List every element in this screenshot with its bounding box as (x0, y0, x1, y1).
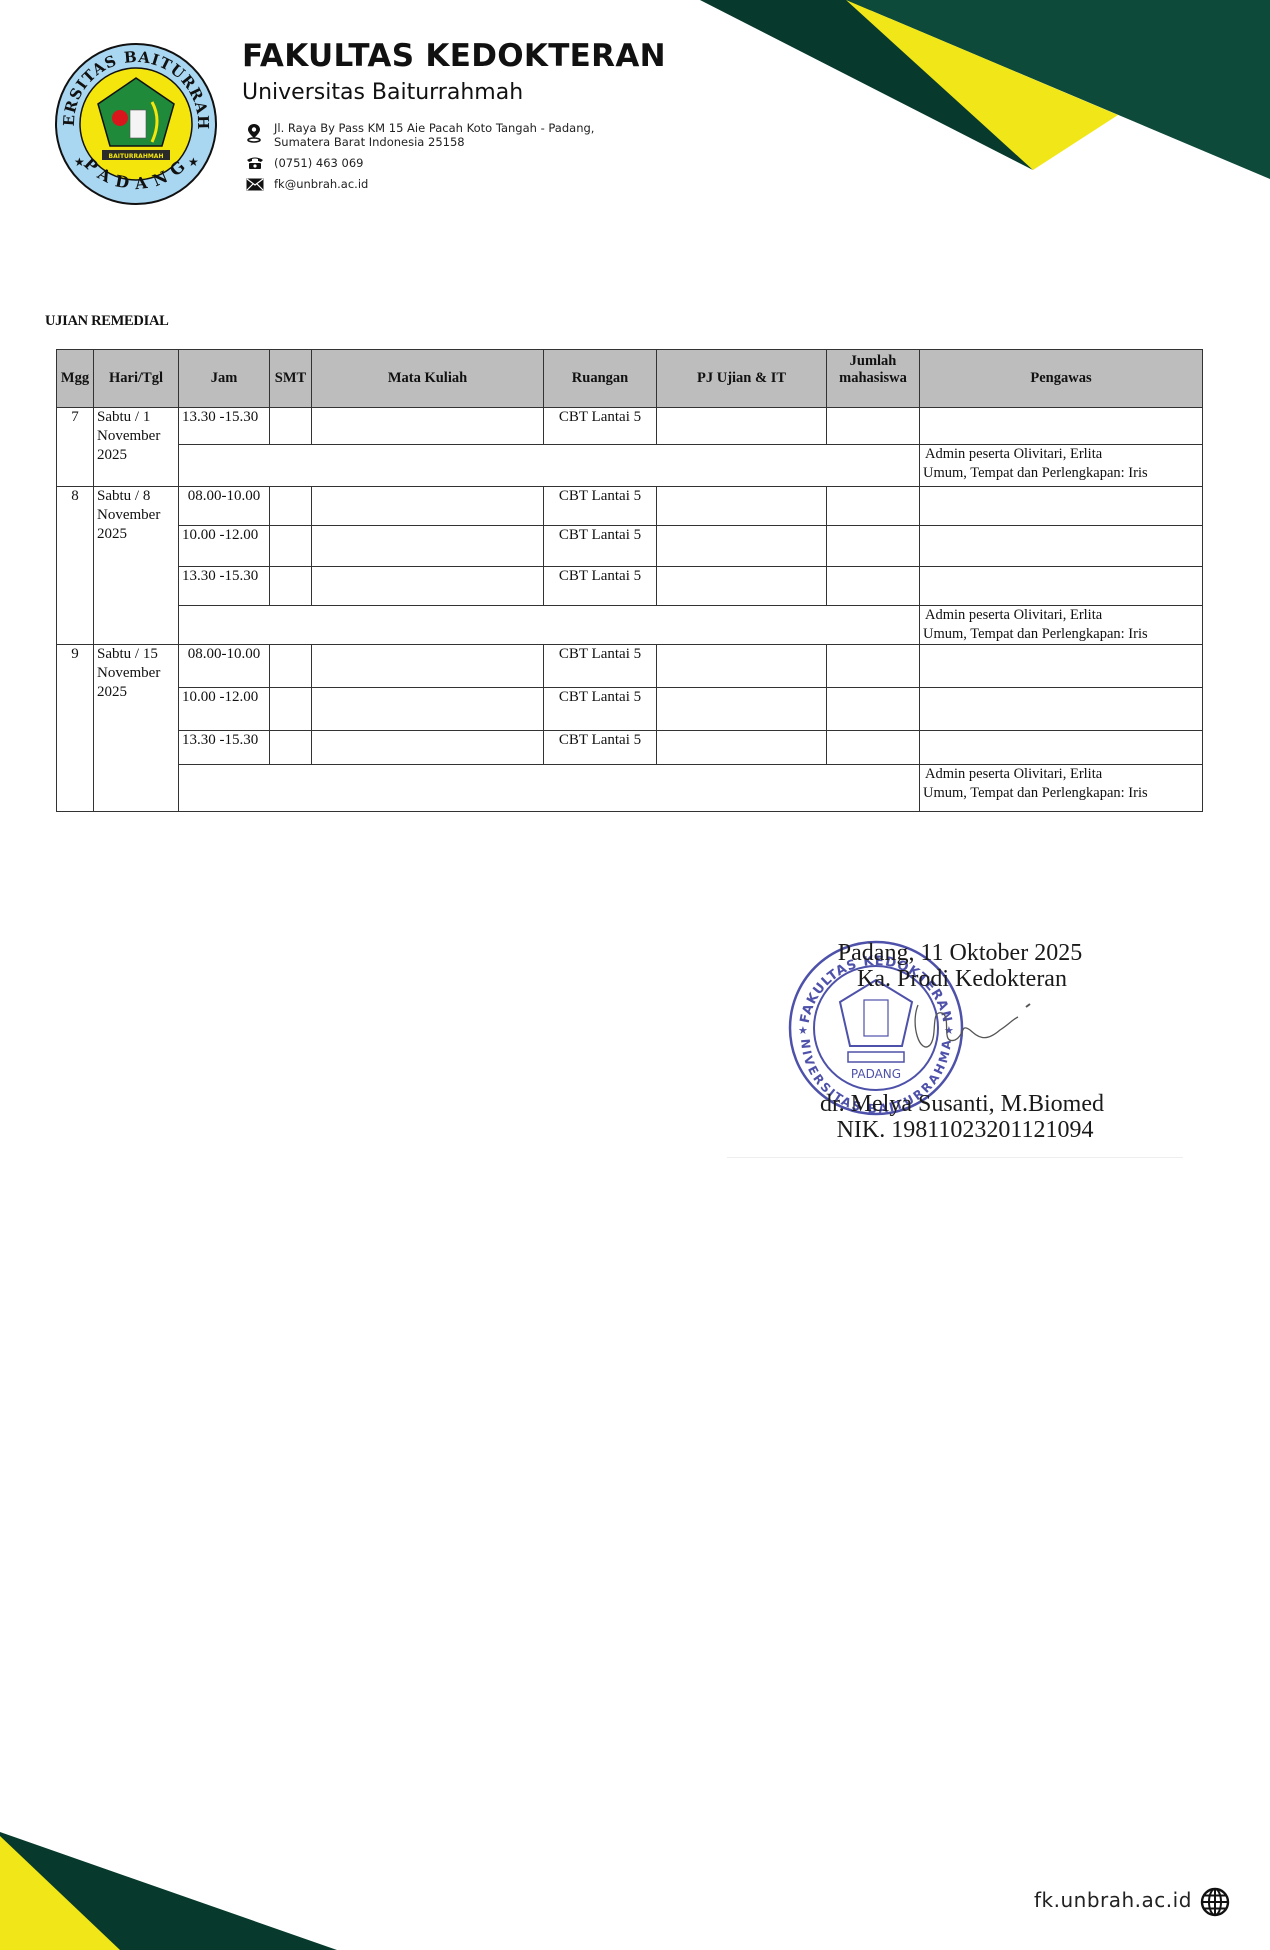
course-cell (312, 487, 544, 526)
signature-position: Ka. Prodi Kedokteran (782, 966, 1142, 993)
pj-cell (657, 487, 827, 526)
date-cell: Sabtu / 15 November 2025 (94, 645, 179, 812)
room-cell: CBT Lantai 5 (544, 688, 657, 731)
telephone-icon (246, 156, 264, 170)
semester-cell (270, 408, 312, 445)
time-cell: 08.00-10.00 (179, 645, 270, 688)
semester-cell (270, 526, 312, 567)
supervisor-cell (920, 645, 1203, 688)
address-line-2: Sumatera Barat Indonesia 25158 (274, 135, 465, 149)
signatory-name: dr. Melya Susanti, M.Biomed (782, 1091, 1142, 1118)
column-header-pengawas: Pengawas (920, 350, 1203, 408)
time-cell: 13.30 -15.30 (179, 731, 270, 765)
student-count-cell (827, 645, 920, 688)
column-header-jam: Jam (179, 350, 270, 408)
semester-cell (270, 567, 312, 606)
column-header-smt: SMT (270, 350, 312, 408)
svg-text:★: ★ (188, 155, 199, 169)
column-header-mata-kuliah: Mata Kuliah (312, 350, 544, 408)
supervisor-summary: Admin peserta Olivitari, Erlita Umum, Te… (920, 445, 1203, 487)
spacer-cell (179, 606, 920, 645)
remedial-schedule-table: Mgg Hari/Tgl Jam SMT Mata Kuliah Ruangan… (56, 349, 1203, 812)
signature-divider (727, 1157, 1183, 1158)
week-number: 8 (57, 487, 94, 645)
course-cell (312, 645, 544, 688)
column-header-hari-tgl: Hari/Tgl (94, 350, 179, 408)
date-cell: Sabtu / 8 November 2025 (94, 487, 179, 645)
column-header-ruangan: Ruangan (544, 350, 657, 408)
course-cell (312, 408, 544, 445)
table-row: Admin peserta Olivitari, Erlita Umum, Te… (57, 765, 1203, 812)
spacer-cell (179, 445, 920, 487)
week-number: 7 (57, 408, 94, 487)
location-pin-icon (246, 123, 262, 143)
svg-text:PADANG: PADANG (851, 1067, 901, 1081)
signature-place-date: Padang, 11 Oktober 2025 (780, 940, 1140, 967)
supervisor-cell (920, 487, 1203, 526)
supervisor-cell (920, 688, 1203, 731)
spacer-cell (179, 765, 920, 812)
signatory-nik: NIK. 19811023201121094 (785, 1117, 1145, 1144)
student-count-cell (827, 487, 920, 526)
time-cell: 10.00 -12.00 (179, 688, 270, 731)
student-count-cell (827, 731, 920, 765)
time-cell: 10.00 -12.00 (179, 526, 270, 567)
table-row: 8 Sabtu / 8 November 2025 08.00-10.00 CB… (57, 487, 1203, 526)
room-cell: CBT Lantai 5 (544, 731, 657, 765)
column-header-pj-ujian: PJ Ujian & IT (657, 350, 827, 408)
room-cell: CBT Lantai 5 (544, 567, 657, 606)
svg-text:★: ★ (798, 1025, 808, 1037)
semester-cell (270, 487, 312, 526)
table-row: 9 Sabtu / 15 November 2025 08.00-10.00 C… (57, 645, 1203, 688)
course-cell (312, 731, 544, 765)
document-title: UJIAN REMEDIAL (45, 313, 169, 330)
column-header-jumlah-mahasiswa: Jumlah mahasiswa (827, 350, 920, 408)
student-count-cell (827, 567, 920, 606)
university-name: Universitas Baiturrahmah (242, 80, 523, 105)
time-cell: 08.00-10.00 (179, 487, 270, 526)
supervisor-cell (920, 731, 1203, 765)
semester-cell (270, 731, 312, 765)
table-header-row: Mgg Hari/Tgl Jam SMT Mata Kuliah Ruangan… (57, 350, 1203, 408)
svg-text:BAITURRAHMAH: BAITURRAHMAH (109, 153, 164, 160)
table-row: 7 Sabtu / 1 November 2025 13.30 -15.30 C… (57, 408, 1203, 445)
semester-cell (270, 688, 312, 731)
week-number: 9 (57, 645, 94, 812)
pj-cell (657, 526, 827, 567)
room-cell: CBT Lantai 5 (544, 408, 657, 445)
pj-cell (657, 567, 827, 606)
column-header-mgg: Mgg (57, 350, 94, 408)
table-row: Admin peserta Olivitari, Erlita Umum, Te… (57, 445, 1203, 487)
envelope-icon (246, 178, 264, 191)
time-cell: 13.30 -15.30 (179, 567, 270, 606)
supervisor-summary: Admin peserta Olivitari, Erlita Umum, Te… (920, 606, 1203, 645)
address-line-1: Jl. Raya By Pass KM 15 Aie Pacah Koto Ta… (274, 121, 594, 135)
university-logo: BAITURRAHMAH UNIVERSITAS BAITURRAHMAH PA… (52, 40, 220, 208)
course-cell (312, 526, 544, 567)
supervisor-cell (920, 408, 1203, 445)
semester-cell (270, 645, 312, 688)
date-cell: Sabtu / 1 November 2025 (94, 408, 179, 487)
email-address: fk@unbrah.ac.id (274, 177, 368, 191)
student-count-cell (827, 408, 920, 445)
room-cell: CBT Lantai 5 (544, 487, 657, 526)
table-row: 13.30 -15.30 CBT Lantai 5 (57, 731, 1203, 765)
handwritten-signature (900, 995, 1040, 1065)
supervisor-cell (920, 526, 1203, 567)
pj-cell (657, 645, 827, 688)
pj-cell (657, 688, 827, 731)
pj-cell (657, 408, 827, 445)
pj-cell (657, 731, 827, 765)
time-cell: 13.30 -15.30 (179, 408, 270, 445)
room-cell: CBT Lantai 5 (544, 526, 657, 567)
course-cell (312, 688, 544, 731)
course-cell (312, 567, 544, 606)
footer-website[interactable]: fk.unbrah.ac.id (1034, 1888, 1192, 1912)
student-count-cell (827, 526, 920, 567)
table-row: 10.00 -12.00 CBT Lantai 5 (57, 526, 1203, 567)
faculty-name: FAKULTAS KEDOKTERAN (242, 38, 666, 74)
supervisor-cell (920, 567, 1203, 606)
table-row: 13.30 -15.30 CBT Lantai 5 (57, 567, 1203, 606)
student-count-cell (827, 688, 920, 731)
supervisor-summary: Admin peserta Olivitari, Erlita Umum, Te… (920, 765, 1203, 812)
globe-icon (1200, 1887, 1230, 1917)
table-row: 10.00 -12.00 CBT Lantai 5 (57, 688, 1203, 731)
svg-text:★: ★ (74, 155, 85, 169)
table-row: Admin peserta Olivitari, Erlita Umum, Te… (57, 606, 1203, 645)
phone-number: (0751) 463 069 (274, 156, 363, 170)
room-cell: CBT Lantai 5 (544, 645, 657, 688)
